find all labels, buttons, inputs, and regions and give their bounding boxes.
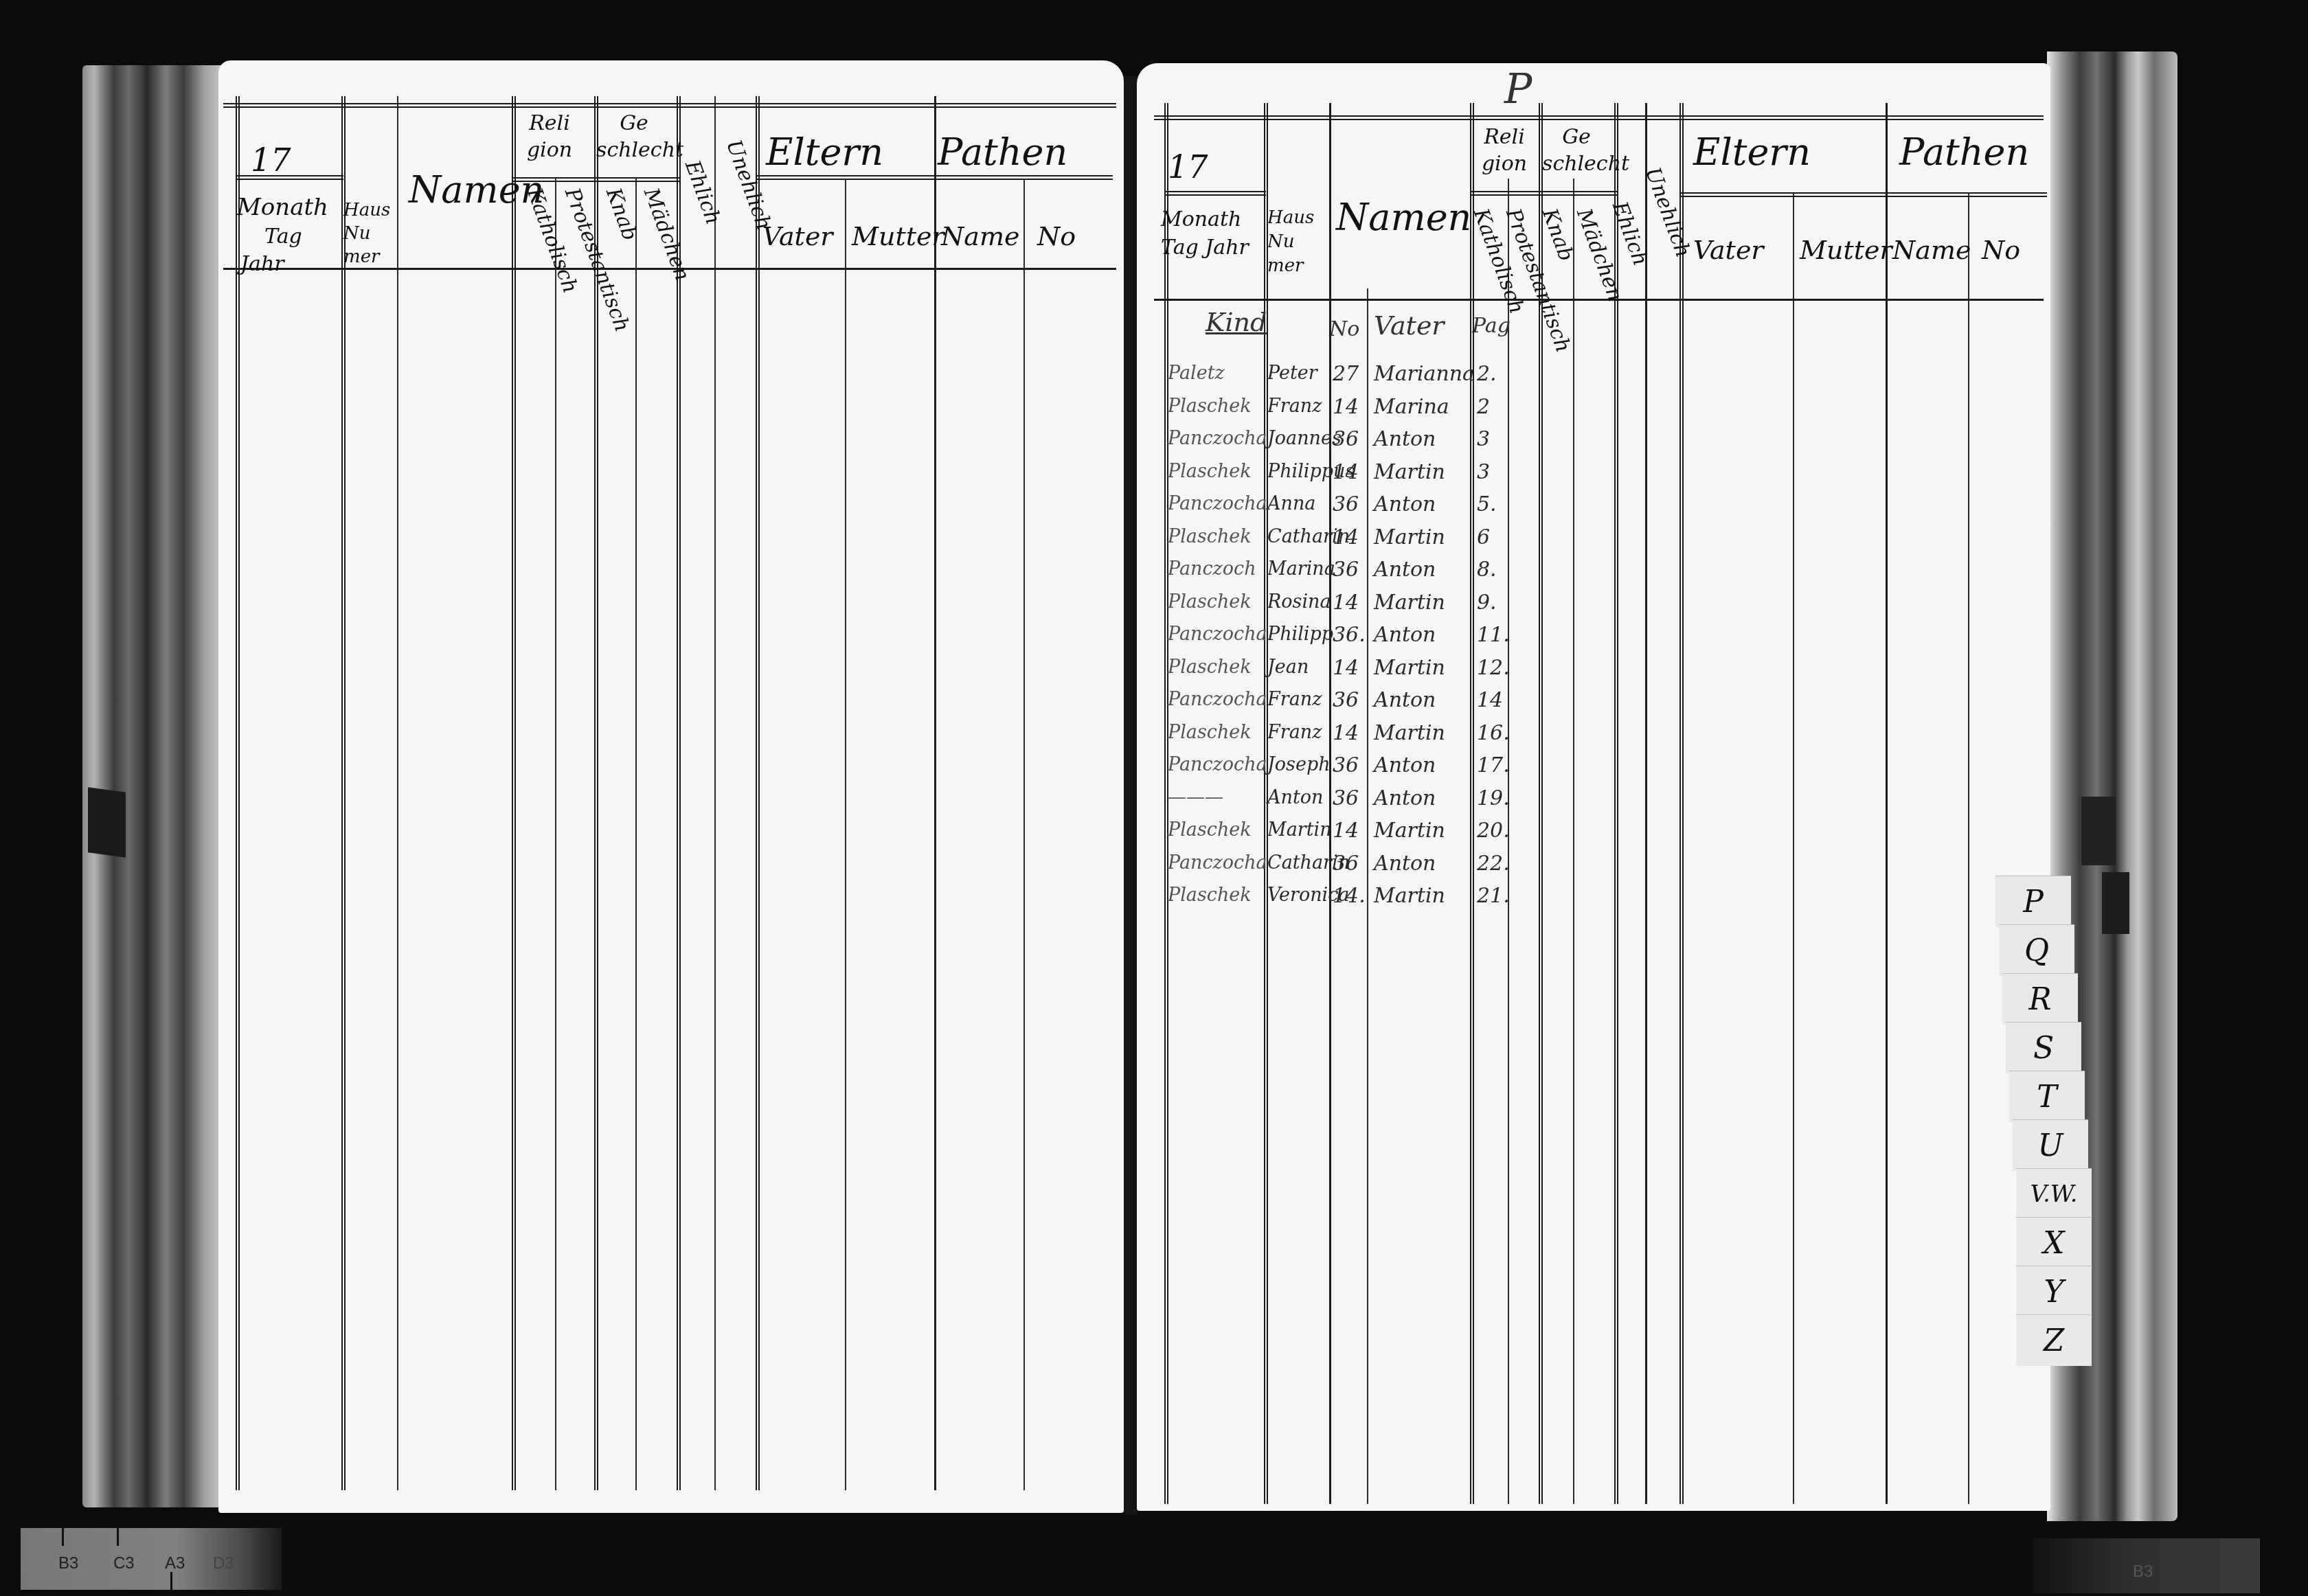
entry-page: 8. [1477, 560, 1497, 580]
entry-surname: Plaschek [1168, 658, 1252, 676]
entry-surname: Paletz [1168, 364, 1225, 383]
entry-page: 6 [1477, 527, 1490, 548]
alphabet-tab-vw[interactable]: V.W. [2016, 1168, 2092, 1220]
year-prefix: 17 [1168, 151, 1208, 183]
entry-page: 16. [1477, 723, 1510, 744]
entry-father: Anton [1374, 755, 1436, 776]
entry-house-number: 36 [1333, 690, 1359, 711]
ruler-label: B3 [2133, 1562, 2153, 1582]
table-rule [1679, 192, 2047, 197]
entry-page: 2. [1477, 364, 1497, 385]
entry-given-name: Anna [1267, 494, 1315, 513]
entry-given-name: Joannes [1267, 429, 1342, 448]
year-prefix: 17 [251, 144, 291, 176]
entry-given-name: Franz [1267, 723, 1322, 742]
table-column-rule [677, 96, 681, 1490]
header-religion: Reli gion [519, 110, 580, 163]
table-column-rule [1645, 103, 1647, 1504]
entry-page: 14 [1477, 690, 1503, 711]
header-day: Tag [264, 227, 302, 247]
ruler-label: A3 [165, 1554, 185, 1573]
entry-house-number: 36 [1333, 494, 1359, 515]
entry-given-name: Peter [1267, 364, 1317, 383]
entry-house-number: 36 [1333, 788, 1359, 809]
header-house-number: Haus Nu mer [1267, 206, 1322, 278]
entry-house-number: 36 [1333, 560, 1359, 580]
header-mother: Mutter [852, 223, 944, 249]
entry-surname: Panczocha [1168, 755, 1267, 774]
entry-father: Martin [1374, 658, 1445, 679]
entry-surname: Plaschek [1168, 462, 1252, 481]
entry-given-name: Franz [1267, 690, 1322, 709]
entry-house-number: 14 [1333, 821, 1359, 841]
header-godparent-name: Name [941, 223, 1019, 249]
entry-surname: Panczocha [1168, 854, 1267, 872]
header-name: Namen [1336, 199, 1471, 236]
entry-father: Marianna [1374, 364, 1475, 385]
entry-page: 3 [1477, 462, 1490, 483]
header-parents: Eltern [766, 134, 883, 171]
table-column-rule [1470, 103, 1474, 1504]
entry-father: Martin [1374, 821, 1445, 841]
entry-given-name: Marina [1267, 560, 1335, 578]
header-religion: Reli gion [1473, 124, 1535, 177]
entry-father: Anton [1374, 625, 1436, 646]
entry-page: 5. [1477, 494, 1497, 515]
entry-father: Anton [1374, 429, 1436, 450]
table-column-rule [1367, 288, 1368, 1504]
table-rule [1164, 191, 1266, 196]
header-date: Monath Tag Jahr [1161, 206, 1257, 262]
entry-house-number: 14 [1333, 527, 1359, 548]
table-column-rule [1614, 103, 1618, 1504]
header-sex: Ge schlecht [1542, 124, 1611, 177]
entry-surname: Panczocha [1168, 690, 1267, 709]
entry-house-number: 14 [1333, 593, 1359, 613]
index-letter-marker: P [1504, 69, 1532, 110]
entry-page: 12. [1477, 658, 1510, 679]
scan-color-ruler-left: B3 C3 A3 D3 [21, 1528, 282, 1590]
entry-house-number: 14 [1333, 397, 1359, 418]
entry-surname: Panczocha [1168, 429, 1267, 448]
entry-surname: Plaschek [1168, 886, 1252, 904]
entry-house-number: 36 [1333, 854, 1359, 874]
table-rule [1470, 191, 1618, 196]
entry-father: Marina [1374, 397, 1449, 418]
entry-surname: Plaschek [1168, 527, 1252, 546]
entry-surname: Panczocha [1168, 625, 1267, 643]
alphabet-tab-z[interactable]: Z [2016, 1314, 2092, 1366]
alphabet-tab-q[interactable]: Q [1999, 924, 2074, 976]
entry-house-number: 36 [1333, 755, 1359, 776]
header-father: Vater [1693, 237, 1764, 263]
header-year: Jahr [240, 254, 284, 275]
table-rule [756, 175, 1113, 180]
table-column-rule [845, 179, 846, 1490]
subheader-page: Pag [1472, 316, 1511, 337]
book-edge-marker [2102, 872, 2129, 934]
entry-father: Anton [1374, 788, 1436, 809]
table-top-rule [1154, 115, 2044, 120]
alphabet-tab-p[interactable]: P [1995, 876, 2071, 927]
entry-page: 9. [1477, 593, 1497, 613]
entry-given-name: Joseph [1267, 755, 1331, 774]
header-month: Monath [237, 196, 328, 219]
book-edge-marker [2081, 797, 2116, 865]
book-gutter [1124, 76, 1138, 1514]
entry-surname: Plaschek [1168, 593, 1252, 611]
entry-page: 22. [1477, 854, 1510, 874]
entry-page: 17. [1477, 755, 1510, 776]
ruler-tick [170, 1572, 172, 1590]
header-mother: Mutter [1800, 237, 1892, 263]
alphabet-tab-u[interactable]: U [2013, 1119, 2088, 1171]
table-column-rule [714, 96, 716, 1490]
entry-given-name: Martin [1267, 821, 1332, 839]
book-edge-left [82, 65, 227, 1507]
entry-given-name: Philipp [1267, 625, 1333, 643]
ruler-label: D3 [213, 1554, 234, 1573]
entry-surname: Panczocha [1168, 494, 1267, 513]
entry-house-number: 36 [1333, 429, 1359, 450]
header-godparent-number: No [1982, 237, 2020, 263]
ruler-tick [62, 1528, 64, 1546]
table-header-bottom-rule [1154, 299, 2044, 301]
table-column-rule [1329, 103, 1331, 1504]
table-column-rule [236, 96, 240, 1490]
ruler-label: B3 [58, 1554, 78, 1573]
table-top-rule [223, 103, 1116, 108]
entry-page: 11. [1477, 625, 1510, 646]
entry-surname: ——— [1168, 788, 1223, 807]
header-parents: Eltern [1693, 134, 1811, 171]
table-column-rule [555, 179, 556, 1490]
ruler-label: C3 [113, 1554, 135, 1573]
subheader-number: No [1329, 319, 1359, 340]
entry-given-name: Rosina [1267, 593, 1331, 611]
subheader-child: Kind [1206, 309, 1267, 335]
alphabet-tab-t[interactable]: T [2009, 1071, 2085, 1122]
entry-page: 20. [1477, 821, 1510, 841]
table-column-rule [1679, 103, 1684, 1504]
entry-father: Martin [1374, 527, 1445, 548]
table-column-rule [341, 96, 346, 1490]
table-column-rule [1886, 103, 1888, 1504]
entry-page: 21. [1477, 886, 1510, 907]
entry-father: Martin [1374, 886, 1445, 907]
entry-house-number: 14 [1333, 658, 1359, 679]
entry-house-number: 14 [1333, 462, 1359, 483]
entry-surname: Plaschek [1168, 723, 1252, 742]
entry-surname: Plaschek [1168, 397, 1252, 415]
entry-father: Martin [1374, 462, 1445, 483]
entry-house-number: 14. [1333, 886, 1366, 907]
entry-surname: Plaschek [1168, 821, 1252, 839]
header-sex: Ge schlecht [596, 110, 672, 163]
entry-father: Anton [1374, 560, 1436, 580]
entry-father: Anton [1374, 854, 1436, 874]
entry-page: 2 [1477, 397, 1490, 418]
subheader-father: Vater [1374, 312, 1445, 339]
entry-father: Anton [1374, 494, 1436, 515]
header-name: Namen [409, 172, 544, 209]
header-godparent-number: No [1037, 223, 1076, 249]
table-column-rule [1023, 179, 1025, 1490]
ruler-tick [117, 1528, 119, 1546]
entry-surname: Panczoch [1168, 560, 1256, 578]
entry-house-number: 36. [1333, 625, 1366, 646]
table-column-rule [756, 96, 760, 1490]
table-column-rule [397, 96, 398, 1490]
alphabet-tab-r[interactable]: R [2002, 973, 2078, 1025]
book-edge-marker [88, 787, 126, 858]
scan-color-ruler-right: B3 [2033, 1538, 2260, 1593]
entry-given-name: Franz [1267, 397, 1322, 415]
header-house-number: Haus Nu mer [343, 199, 395, 269]
entry-house-number: 14 [1333, 723, 1359, 744]
table-column-rule [512, 96, 516, 1490]
entry-house-number: 27 [1333, 364, 1359, 385]
table-column-rule [594, 96, 598, 1490]
table-column-rule [1573, 179, 1574, 1504]
entry-given-name: Jean [1267, 658, 1309, 676]
entry-father: Martin [1374, 723, 1445, 744]
table-column-rule [934, 96, 936, 1490]
entry-given-name: Anton [1267, 788, 1323, 807]
header-godparent-name: Name [1892, 237, 1971, 263]
entry-father: Anton [1374, 690, 1436, 711]
table-column-rule [635, 179, 637, 1490]
header-godparents: Pathen [938, 134, 1067, 171]
alphabet-tab-y[interactable]: Y [2016, 1266, 2092, 1317]
entry-page: 3 [1477, 429, 1490, 450]
header-godparents: Pathen [1899, 134, 2029, 171]
alphabet-tab-x[interactable]: X [2016, 1217, 2092, 1268]
header-father: Vater [762, 223, 833, 249]
entry-page: 19. [1477, 788, 1510, 809]
entry-father: Martin [1374, 593, 1445, 613]
table-column-rule [1968, 192, 1969, 1504]
alphabet-tab-s[interactable]: S [2006, 1022, 2081, 1073]
table-column-rule [1793, 192, 1794, 1504]
